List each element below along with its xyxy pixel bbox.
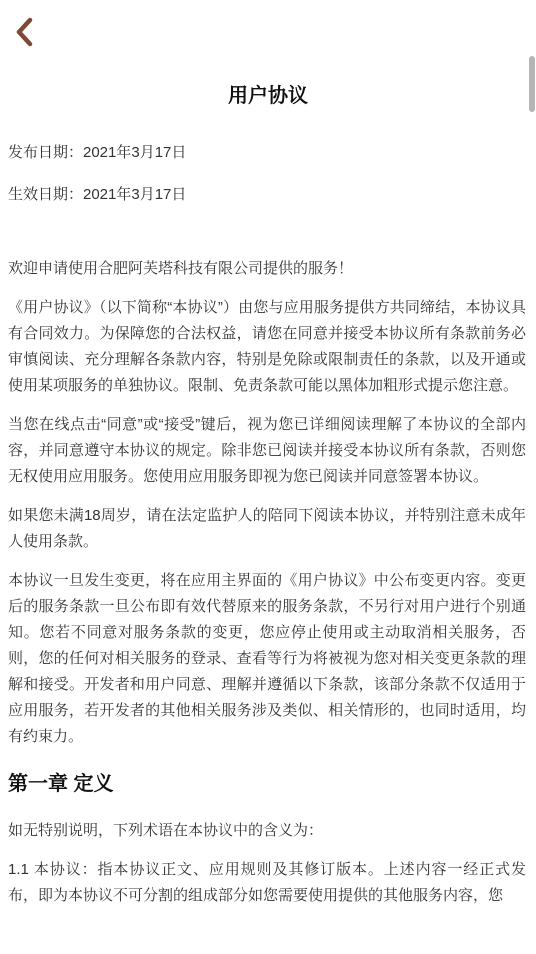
section-heading: 第一章 定义 (8, 772, 526, 796)
paragraph: 本协议一旦发生变更，将在应用主界面的《用户协议》中公布变更内容。变更后的服务条款… (8, 568, 526, 750)
chevron-left-icon (6, 17, 42, 47)
paragraph: 如无特别说明，下列术语在本协议中的含义为： (8, 818, 526, 844)
page-title: 用户协议 (0, 84, 536, 108)
paragraph: 当您在线点击“同意”或“接受”键后，视为您已详细阅读理解了本协议的全部内容，并同… (8, 412, 526, 490)
date-line: 生效日期：2021年3月17日 (8, 182, 526, 208)
paragraph: 欢迎申请使用合肥阿芙塔科技有限公司提供的服务！ (8, 256, 526, 282)
paragraph: 如果您未满18周岁，请在法定监护人的陪同下阅读本协议，并特别注意未成年人使用条款… (8, 503, 526, 555)
paragraph: 1.1 本协议：指本协议正文、应用规则及其修订版本。上述内容一经正式发布，即为本… (8, 857, 526, 909)
agreement-body: 发布日期：2021年3月17日生效日期：2021年3月17日欢迎申请使用合肥阿芙… (0, 108, 536, 909)
paragraph: 《用户协议》（以下简称“本协议”）由您与应用服务提供方共同缔结，本协议具有合同效… (8, 295, 526, 399)
back-button[interactable] (6, 12, 42, 48)
date-line: 发布日期：2021年3月17日 (8, 140, 526, 166)
scrollbar-thumb[interactable] (529, 56, 535, 112)
